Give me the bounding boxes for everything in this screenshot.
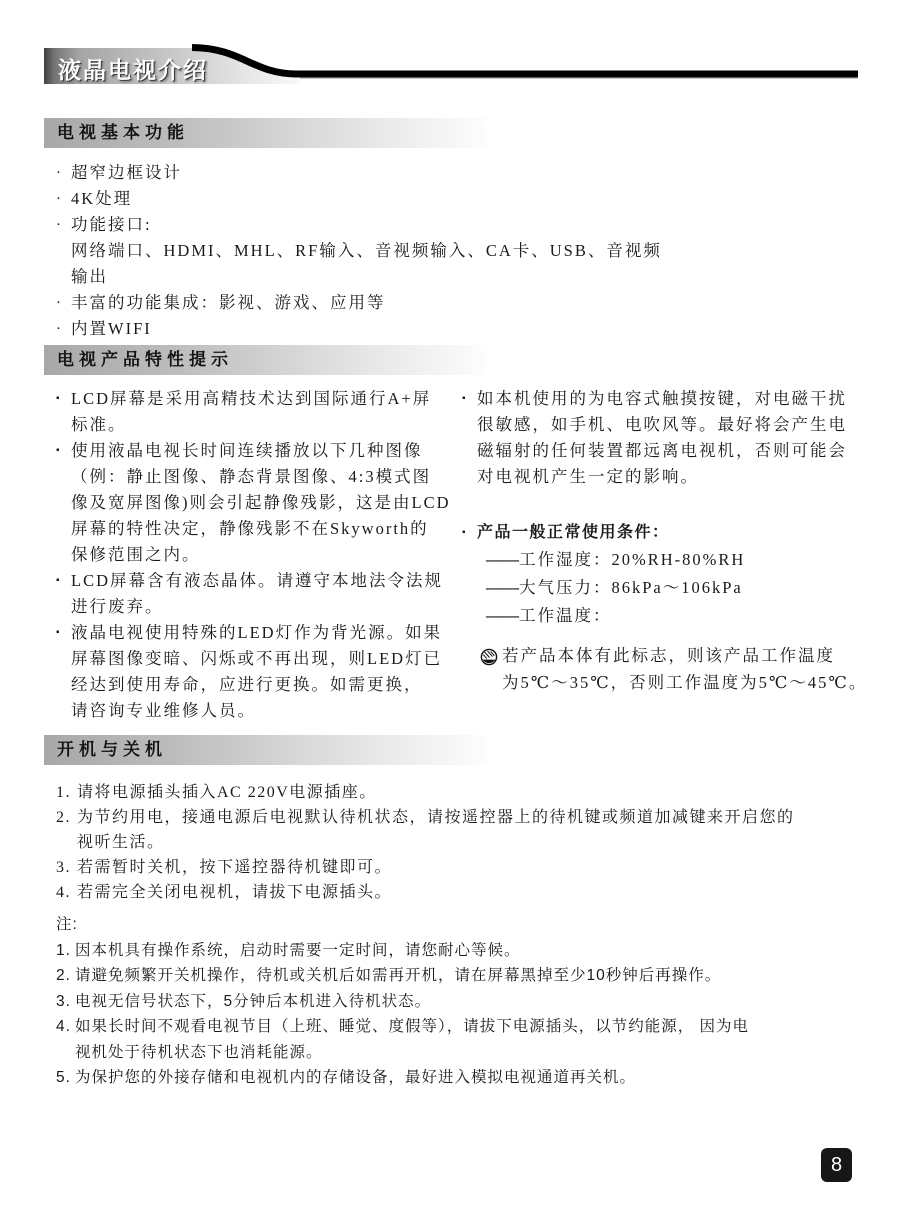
list-item-text: 4K处理	[71, 186, 132, 212]
feature-tips-left-column: ▪LCD屏幕是采用高精技术达到国际通行A+屏 标准。 ▪使用液晶电视长时间连续播…	[56, 386, 462, 724]
basic-functions-list: ·超窄边框设计 ·4K处理 ·功能接口: 网络端口、HDMI、MHL、RF输入、…	[56, 160, 676, 342]
condition-line: ——工作湿度：20%RH-80%RH	[486, 546, 887, 574]
list-item-text: 超窄边框设计	[71, 160, 182, 186]
list-item: ·功能接口:	[56, 212, 676, 238]
note-item: 5.为保护您的外接存储和电视机内的存储设备，最好进入模拟电视通道再关机。	[56, 1065, 868, 1091]
notes-label: 注:	[56, 912, 868, 938]
note-number: 4.	[56, 1014, 75, 1040]
note-text: 电视无信号状态下，5分钟后本机进入待机状态。	[75, 989, 431, 1015]
step-text: 若需暂时关机，按下遥控器待机键即可。	[77, 855, 392, 880]
condition-text: 工作温度：	[519, 606, 612, 625]
step-number: 2.	[56, 805, 77, 830]
note-item: 3.电视无信号状态下，5分钟后本机进入待机状态。	[56, 989, 868, 1015]
list-item: ▪使用液晶电视长时间连续播放以下几种图像 （例：静止图像、静态背景图像、4:3模…	[56, 438, 462, 568]
list-item-text: LCD屏幕含有液态晶体。请遵守本地法令法规 进行废弃。	[71, 568, 443, 620]
condition-text: 大气压力：86kPa～106kPa	[519, 578, 743, 597]
step-number: 3.	[56, 855, 77, 880]
power-steps-list: 1.请将电源插头插入AC 220V电源插座。 2.为节约用电，接通电源后电视默认…	[56, 780, 866, 905]
square-bullet-icon: ▪	[56, 438, 71, 464]
section-heading-basic-functions: 电视基本功能	[44, 118, 487, 148]
feature-tips-right-column: ▪如本机使用的为电容式触摸按键，对电磁干扰 很敏感，如手机、电吹风等。最好将会产…	[462, 386, 887, 696]
chapter-title: 液晶电视介绍	[58, 52, 208, 85]
dot-bullet-icon: ·	[56, 316, 71, 342]
list-item: ·丰富的功能集成：影视、游戏、应用等	[56, 290, 676, 316]
conditions-title-text: 产品一般正常使用条件：	[477, 520, 670, 546]
dash-prefix: ——	[486, 606, 519, 625]
temperature-mark-text: 若产品本体有此标志，则该产品工作温度 为5℃～35℃，否则工作温度为5℃～45℃…	[502, 642, 867, 696]
list-item-text: 如本机使用的为电容式触摸按键，对电磁干扰 很敏感，如手机、电吹风等。最好将会产生…	[477, 386, 847, 490]
list-item: 网络端口、HDMI、MHL、RF输入、音视频输入、CA卡、USB、音视频输出	[56, 238, 676, 290]
square-bullet-icon: ▪	[56, 568, 71, 594]
note-number: 3.	[56, 989, 75, 1015]
note-number: 2.	[56, 963, 75, 989]
list-item-text: 丰富的功能集成：影视、游戏、应用等	[71, 290, 386, 316]
restricted-temperature-icon	[480, 642, 502, 674]
list-item: ▪如本机使用的为电容式触摸按键，对电磁干扰 很敏感，如手机、电吹风等。最好将会产…	[462, 386, 887, 490]
list-item-text: 液晶电视使用特殊的LED灯作为背光源。如果 屏幕图像变暗、闪烁或不再出现，则LE…	[71, 620, 442, 724]
condition-line: ——工作温度：	[486, 602, 887, 630]
note-number: 5.	[56, 1065, 75, 1091]
section-heading-feature-tips: 电视产品特性提示	[44, 345, 487, 375]
dot-bullet-icon: ·	[56, 212, 71, 238]
list-item: ·4K处理	[56, 186, 676, 212]
list-item: ·内置WIFI	[56, 316, 676, 342]
condition-line: ——大气压力：86kPa～106kPa	[486, 574, 887, 602]
step-number: 4.	[56, 880, 77, 905]
section-heading-power-on-off: 开机与关机	[44, 735, 487, 765]
page-number-badge: 8	[821, 1148, 852, 1182]
conditions-title: ▪产品一般正常使用条件：	[462, 520, 887, 546]
list-item-text: LCD屏幕是采用高精技术达到国际通行A+屏 标准。	[71, 386, 431, 438]
list-item-text: 内置WIFI	[71, 316, 152, 342]
temperature-mark-note: 若产品本体有此标志，则该产品工作温度 为5℃～35℃，否则工作温度为5℃～45℃…	[480, 642, 887, 696]
step-text: 若需完全关闭电视机，请拔下电源插头。	[77, 880, 392, 905]
square-bullet-icon: ▪	[56, 620, 71, 646]
numbered-step: 3.若需暂时关机，按下遥控器待机键即可。	[56, 855, 866, 880]
note-item: 4.如果长时间不观看电视节目（上班、睡觉、度假等），请拔下电源插头，以节约能源，…	[56, 1014, 868, 1065]
dot-bullet-icon: ·	[56, 290, 71, 316]
list-item-text: 网络端口、HDMI、MHL、RF输入、音视频输入、CA卡、USB、音视频输出	[71, 238, 676, 290]
step-text: 请将电源插头插入AC 220V电源插座。	[77, 780, 377, 805]
dot-bullet-icon: ·	[56, 186, 71, 212]
note-text: 请避免频繁开关机操作，待机或关机后如需再开机，请在屏幕黑掉至少10秒钟后再操作。	[75, 963, 721, 989]
note-text: 因本机具有操作系统，启动时需要一定时间，请您耐心等候。	[75, 938, 521, 964]
chapter-banner: 液晶电视介绍	[44, 44, 860, 88]
step-text: 为节约用电，接通电源后电视默认待机状态，请按遥控器上的待机键或频道加减键来开启您…	[77, 805, 795, 855]
note-text: 为保护您的外接存储和电视机内的存储设备，最好进入模拟电视通道再关机。	[75, 1065, 636, 1091]
square-bullet-icon: ▪	[462, 386, 477, 412]
square-bullet-icon: ▪	[56, 386, 71, 412]
list-item: ·超窄边框设计	[56, 160, 676, 186]
dash-prefix: ——	[486, 550, 519, 569]
notes-list: 注: 1.因本机具有操作系统，启动时需要一定时间，请您耐心等候。 2.请避免频繁…	[56, 912, 868, 1091]
list-item: ▪LCD屏幕是采用高精技术达到国际通行A+屏 标准。	[56, 386, 462, 438]
dot-bullet-icon: ·	[56, 160, 71, 186]
note-item: 1.因本机具有操作系统，启动时需要一定时间，请您耐心等候。	[56, 938, 868, 964]
list-item: ▪液晶电视使用特殊的LED灯作为背光源。如果 屏幕图像变暗、闪烁或不再出现，则L…	[56, 620, 462, 724]
step-number: 1.	[56, 780, 77, 805]
list-item: ▪LCD屏幕含有液态晶体。请遵守本地法令法规 进行废弃。	[56, 568, 462, 620]
manual-page: 液晶电视介绍 电视基本功能 ·超窄边框设计 ·4K处理 ·功能接口: 网络端口、…	[0, 0, 898, 1229]
note-number: 1.	[56, 938, 75, 964]
note-item: 2.请避免频繁开关机操作，待机或关机后如需再开机，请在屏幕黑掉至少10秒钟后再操…	[56, 963, 868, 989]
list-item-text: 使用液晶电视长时间连续播放以下几种图像 （例：静止图像、静态背景图像、4:3模式…	[71, 438, 451, 568]
numbered-step: 2.为节约用电，接通电源后电视默认待机状态，请按遥控器上的待机键或频道加减键来开…	[56, 805, 866, 855]
numbered-step: 4.若需完全关闭电视机，请拔下电源插头。	[56, 880, 866, 905]
square-bullet-icon: ▪	[462, 520, 477, 546]
dash-prefix: ——	[486, 578, 519, 597]
numbered-step: 1.请将电源插头插入AC 220V电源插座。	[56, 780, 866, 805]
condition-text: 工作湿度：20%RH-80%RH	[519, 550, 745, 569]
note-text: 如果长时间不观看电视节目（上班、睡觉、度假等），请拔下电源插头，以节约能源， 因…	[75, 1014, 749, 1065]
list-item-text: 功能接口:	[71, 212, 152, 238]
